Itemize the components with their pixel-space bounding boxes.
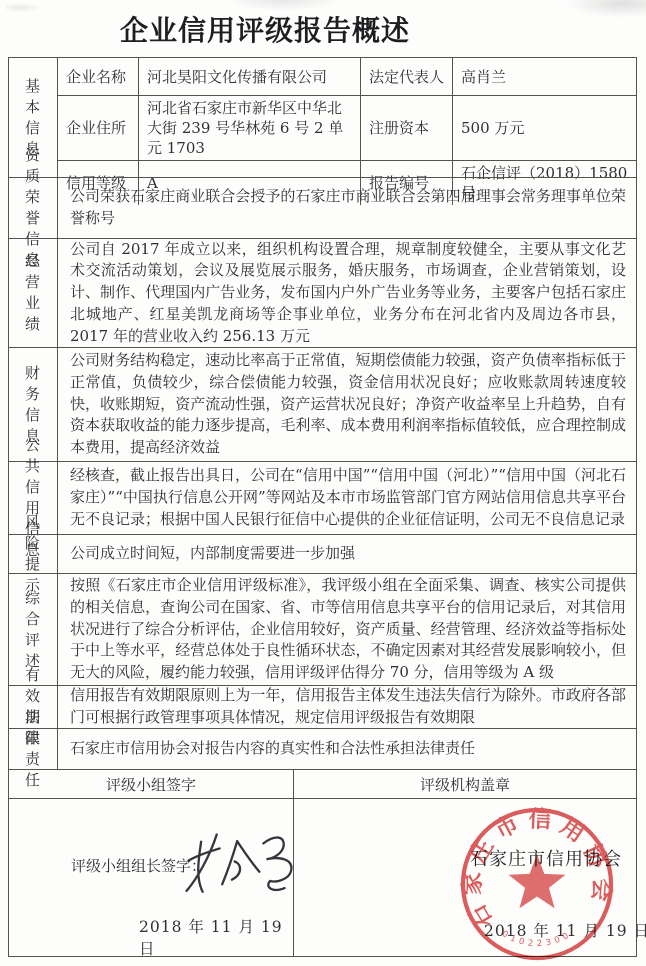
section-text: 公司自 2017 年成立以来，组织机构设置合理，规章制度较健全，主要从事文化艺术… [70,239,626,347]
table-row: 企业住所 河北省石家庄市新华区中华北大街 239 号华林苑 6 号 2 单元 1… [58,95,636,160]
field-value-registered-capital: 500 万元 [453,96,636,160]
row-label: 法律责任 [9,729,58,769]
sign-header-agency: 评级机构盖章 [294,770,636,798]
signoff-header-band: 评级小组签字 评级机构盖章 [9,769,636,798]
section-row-risk: 风险提示 公司成立时间短，内部制度需要进一步加强 [9,534,636,573]
row-label: 经营业绩 [9,239,58,347]
scan-smudge [566,0,646,18]
section-row-public-credit: 公共信用信息 经核查，截止报告出具日，公司在“信用中国”“信用中国（河北）”“信… [9,461,636,534]
section-text-cell: 公司财务结构稳定，速动比率高于正常值，短期偿债能力较强，资产负债率指标低于正常值… [58,348,636,461]
team-signature-cell: 评级小组组长签字： 2018 年 11 月 19 日 [9,799,294,956]
field-value-address: 河北省石家庄市新华区中华北大街 239 号华林苑 6 号 2 单元 1703 [139,96,361,160]
section-text-cell: 信用报告有效期限原则上为一年，信用报告主体发生违法失信行为除外。市政府各部门可根… [58,686,636,728]
section-text: 信用报告有效期限原则上为一年，信用报告主体发生违法失信行为除外。市政府各部门可根… [70,686,626,728]
section-row-legal: 法律责任 石家庄市信用协会对报告内容的真实性和合法性承担法律责任 [9,728,636,769]
table-row: 企业名称 河北昊阳文化传播有限公司 法定代表人 高肖兰 [58,58,636,95]
basic-info-grid: 企业名称 河北昊阳文化传播有限公司 法定代表人 高肖兰 企业住所 河北省石家庄市… [58,58,636,177]
page-title: 企业信用评级报告概述 [120,9,396,49]
sign-date-left: 2018 年 11 月 19 日 [139,915,293,959]
field-label-registered-capital: 注册资本 [361,96,453,160]
section-text: 按照《石家庄市企业信用评级标准》，我评级小组在全面采集、调查、核实公司提供的相关… [70,575,626,684]
field-label-address: 企业住所 [58,96,139,160]
section-text-cell: 按照《石家庄市企业信用评级标准》，我评级小组在全面采集、调查、核实公司提供的相关… [58,574,636,685]
agency-stamp-cell: 石家庄市信用协会 2018 年 11 月 19 日 石家庄市信用协会 01022… [294,799,636,956]
signoff-body-band: 评级小组组长签字： 2018 年 11 月 19 日 石家庄市信用协会 [9,798,636,956]
seal-code-digits: 01022300 [500,929,574,949]
section-text-cell: 公司自 2017 年成立以来，组织机构设置合理，规章制度较健全，主要从事文化艺术… [58,239,636,347]
agency-seal-stamp: 石家庄市信用协会 01022300 [452,799,622,966]
section-row-honors: 资质荣誉信息 公司荣获石家庄商业联合会授予的石家庄市商业联合会第四届理事会常务理… [9,177,636,238]
section-text-cell: 公司荣获石家庄商业联合会授予的石家庄市商业联合会第四届理事会常务理事单位荣誉称号 [58,178,636,238]
sign-header-team: 评级小组签字 [9,770,294,798]
field-label-legal-rep: 法定代表人 [361,58,453,95]
scan-smudge [6,3,42,12]
section-row-finance: 财务信息 公司财务结构稳定，速动比率高于正常值，短期偿债能力较强，资产负债率指标… [9,347,636,461]
basic-info-band: 基本信息 企业名称 河北昊阳文化传播有限公司 法定代表人 高肖兰 企业住所 河北… [9,58,636,177]
section-text: 公司财务结构稳定，速动比率高于正常值，短期偿债能力较强，资产负债率指标低于正常值… [70,350,626,459]
field-value-company-name: 河北昊阳文化传播有限公司 [139,58,361,95]
row-label: 资质荣誉信息 [9,178,58,238]
section-row-summary: 综合评述 按照《石家庄市企业信用评级标准》，我评级小组在全面采集、调查、核实公司… [9,573,636,685]
rating-table: 基本信息 企业名称 河北昊阳文化传播有限公司 法定代表人 高肖兰 企业住所 河北… [8,57,637,957]
section-row-business: 经营业绩 公司自 2017 年成立以来，组织机构设置合理，规章制度较健全，主要从… [9,238,636,347]
credit-report-page: 企业信用评级报告概述 基本信息 企业名称 河北昊阳文化传播有限公司 法定代表人 … [0,0,646,966]
section-text: 经核查，截止报告出具日，公司在“信用中国”“信用中国（河北）”“信用中国（河北石… [70,465,626,530]
section-text: 公司荣获石家庄商业联合会授予的石家庄市商业联合会第四届理事会常务理事单位荣誉称号 [70,186,626,230]
row-label-text: 经营业绩 [18,251,48,335]
section-text-cell: 石家庄市信用协会对报告内容的真实性和合法性承担法律责任 [58,729,636,769]
section-text-cell: 公司成立时间短，内部制度需要进一步加强 [58,535,636,573]
section-row-validity: 有效期限 信用报告有效期限原则上为一年，信用报告主体发生违法失信行为除外。市政府… [9,685,636,728]
handwritten-signature [178,821,304,913]
row-label-text: 综合评述 [18,588,48,672]
row-label: 风险提示 [9,535,58,573]
svg-text:01022300: 01022300 [500,929,574,949]
seal-star-icon [509,854,566,908]
row-label-text: 财务信息 [18,363,48,447]
field-label-company-name: 企业名称 [58,58,139,95]
section-text: 公司成立时间短，内部制度需要进一步加强 [70,543,355,565]
field-value-legal-rep: 高肖兰 [453,58,636,95]
section-text-cell: 经核查，截止报告出具日，公司在“信用中国”“信用中国（河北）”“信用中国（河北石… [58,462,636,534]
section-text: 石家庄市信用协会对报告内容的真实性和合法性承担法律责任 [70,738,475,760]
